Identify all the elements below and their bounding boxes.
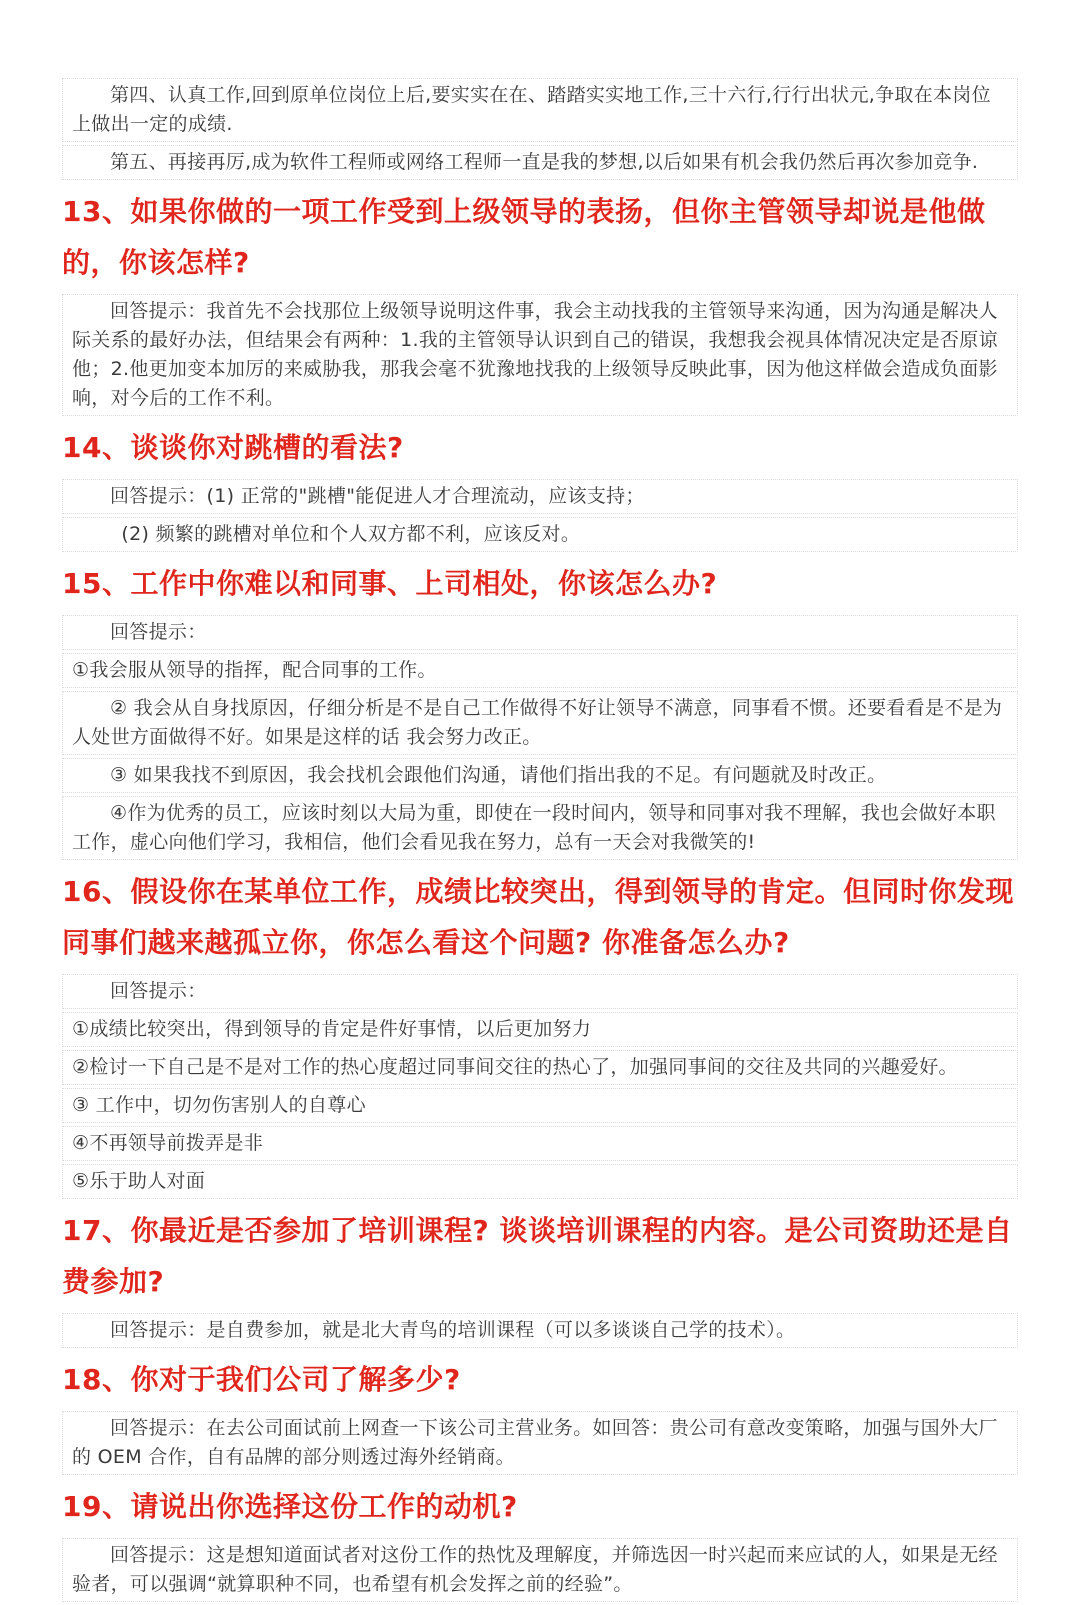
answer-paragraph: ② 我会从自身找原因，仔细分析是不是自己工作做得不好让领导不满意，同事看不惯。还… [62,691,1018,755]
answer-paragraph: 回答提示： [62,974,1018,1009]
question-heading: 15、工作中你难以和同事、上司相处，你该怎么办? [62,555,1018,612]
answer-paragraph: (2) 频繁的跳槽对单位和个人双方都不利，应该反对。 [62,517,1018,552]
question-heading: 16、假设你在某单位工作，成绩比较突出，得到领导的肯定。但同时你发现同事们越来越… [62,863,1018,971]
question-heading: 19、请说出你选择这份工作的动机? [62,1478,1018,1523]
question-heading: 14、谈谈你对跳槽的看法? [62,419,1018,476]
answer-paragraph: 回答提示：(1) 正常的"跳槽"能促进人才合理流动，应该支持； [62,479,1018,514]
answer-paragraph: ①我会服从领导的指挥，配合同事的工作。 [62,653,1018,688]
question-heading: 13、如果你做的一项工作受到上级领导的表扬，但你主管领导却说是他做的，你该怎样? [62,183,1018,291]
answer-paragraph: ③ 如果我找不到原因，我会找机会跟他们沟通，请他们指出我的不足。有问题就及时改正… [62,758,1018,793]
answer-paragraph: ②检讨一下自己是不是对工作的热心度超过同事间交往的热心了，加强同事间的交往及共同… [62,1050,1018,1085]
document-page: 第四、认真工作,回到原单位岗位上后,要实实在在、踏踏实实地工作,三十六行,行行出… [62,78,1018,1523]
answer-paragraph: ⑤乐于助人对面 [62,1164,1018,1199]
answer-paragraph: ④不再领导前拨弄是非 [62,1126,1018,1161]
question-heading: 18、你对于我们公司了解多少? [62,1351,1018,1408]
answer-paragraph: 回答提示： [62,615,1018,650]
answer-paragraph: ④作为优秀的员工，应该时刻以大局为重，即使在一段时间内，领导和同事对我不理解，我… [62,796,1018,860]
answer-paragraph: 第四、认真工作,回到原单位岗位上后,要实实在在、踏踏实实地工作,三十六行,行行出… [62,78,1018,142]
answer-paragraph: ③ 工作中，切勿伤害别人的自尊心 [62,1088,1018,1123]
answer-paragraph: ①成绩比较突出，得到领导的肯定是件好事情，以后更加努力 [62,1012,1018,1047]
answer-paragraph: 回答提示：是自费参加，就是北大青鸟的培训课程（可以多谈谈自己学的技术）。 [62,1313,1018,1348]
answer-paragraph: 回答提示：在去公司面试前上网查一下该公司主营业务。如回答：贵公司有意改变策略，加… [62,1411,1018,1475]
answer-paragraph: 回答提示：我首先不会找那位上级领导说明这件事，我会主动找我的主管领导来沟通，因为… [62,294,1018,416]
question-heading: 17、你最近是否参加了培训课程? 谈谈培训课程的内容。是公司资助还是自费参加? [62,1202,1018,1310]
answer-paragraph: 第五、再接再厉,成为软件工程师或网络工程师一直是我的梦想,以后如果有机会我仍然后… [62,145,1018,180]
